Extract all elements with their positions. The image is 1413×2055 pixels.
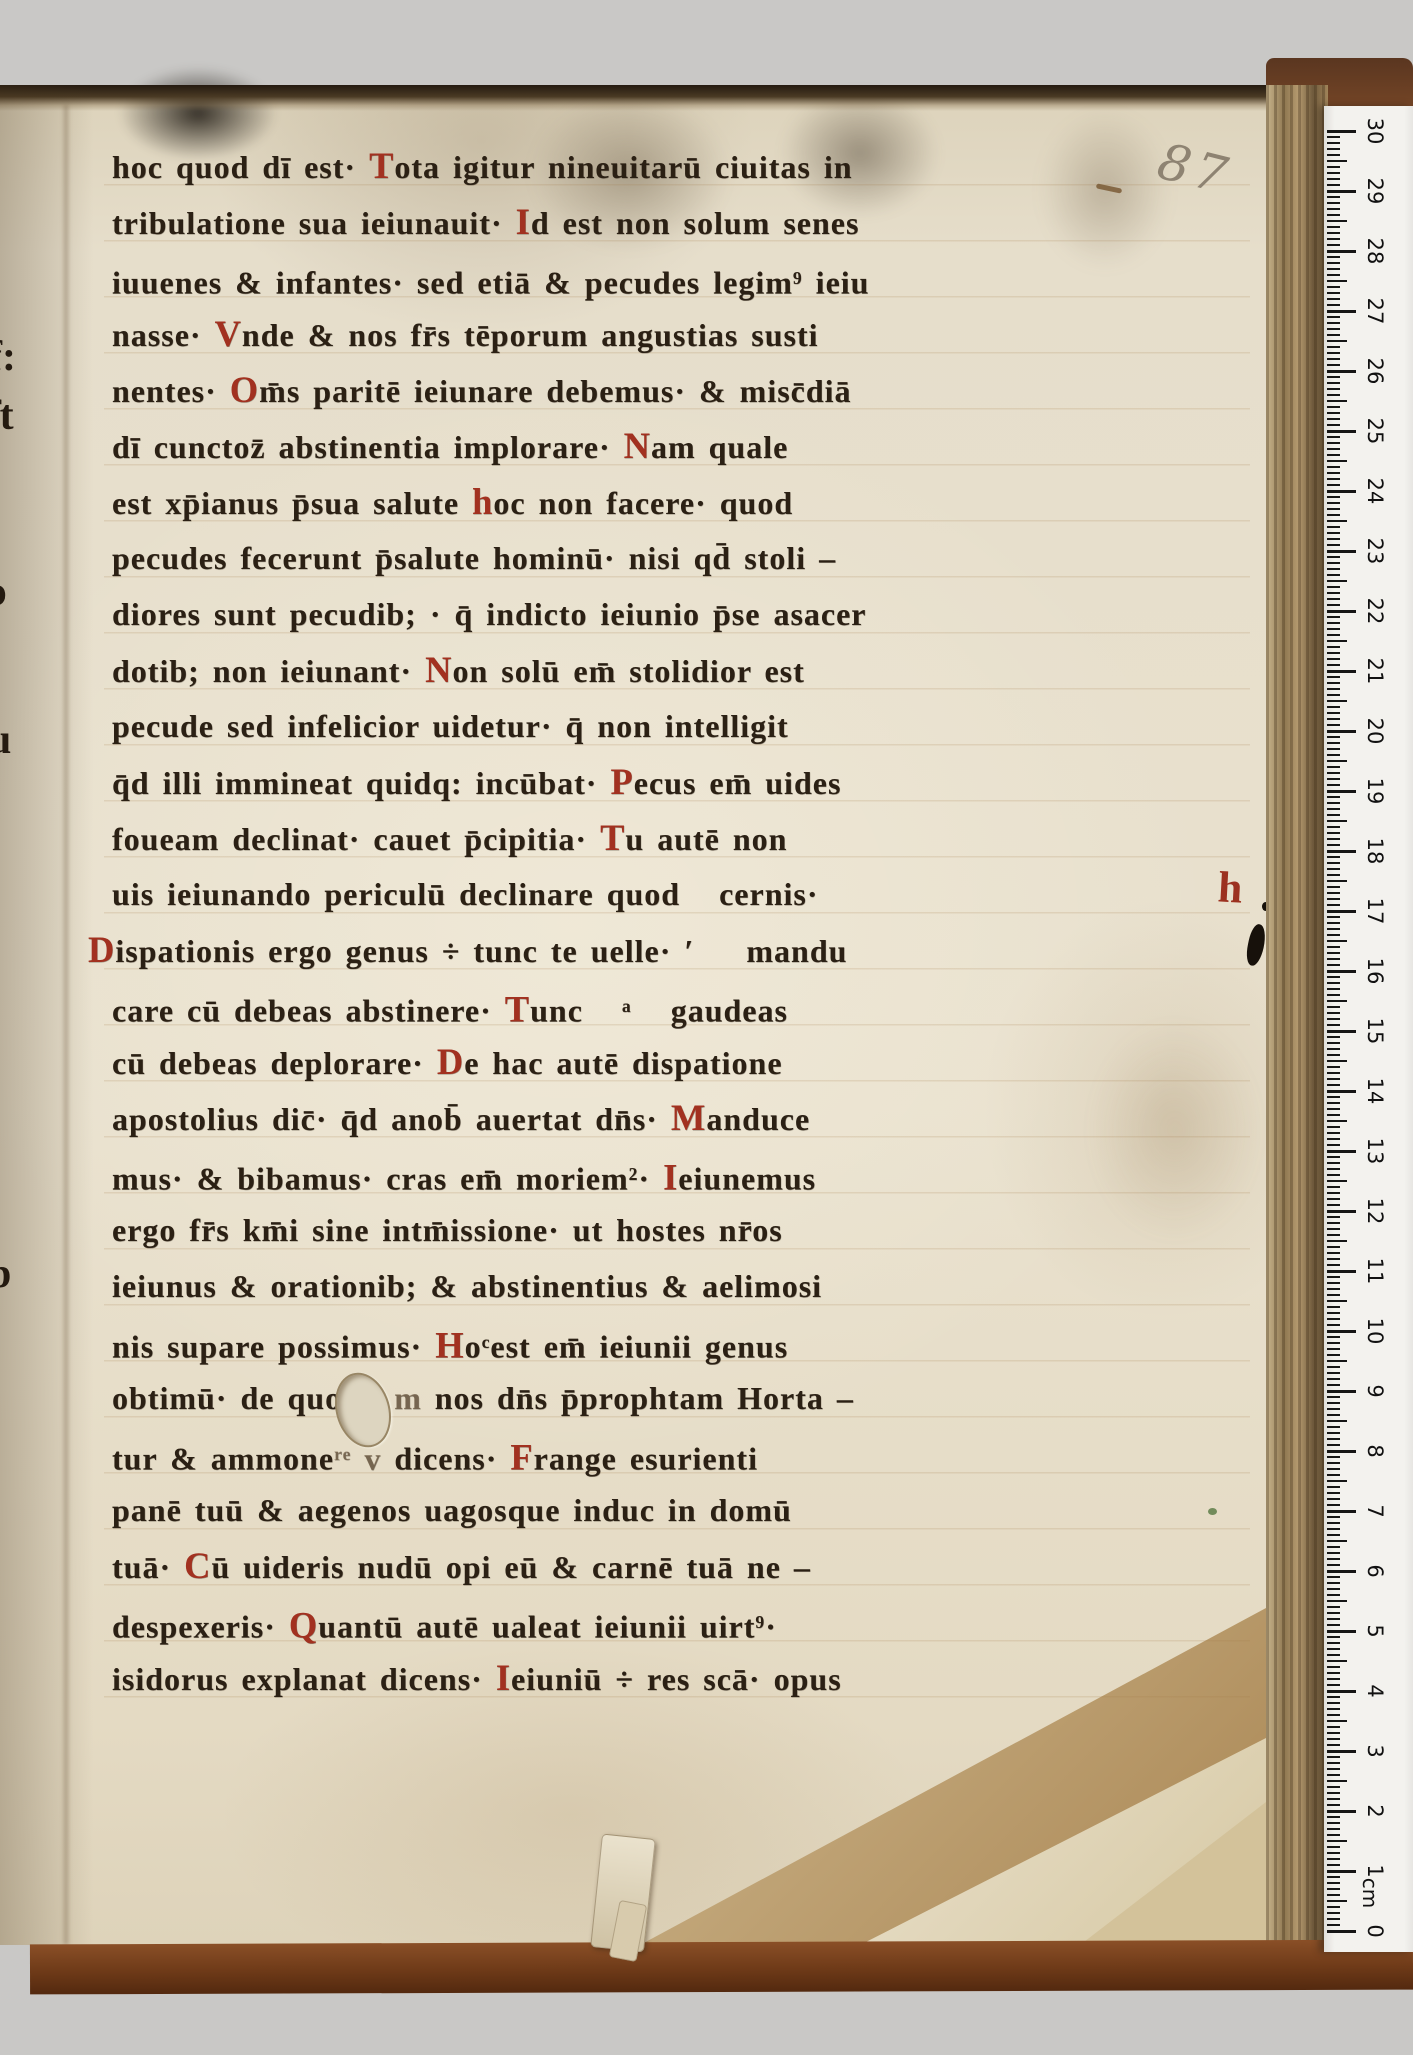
text-line: obtimū· de quo m nos dn̄s p̄prophtam Hor… bbox=[112, 1372, 1282, 1428]
text-segment: nasse· bbox=[112, 317, 215, 353]
ruler-tick bbox=[1327, 1810, 1356, 1813]
manuscript-text: hoc quod dī est· Tota igitur nineuitarū … bbox=[112, 140, 1282, 1708]
text-line: ergo fr̄s km̄i sine intm̄issione· ut hos… bbox=[112, 1204, 1282, 1260]
gutter-crease bbox=[64, 105, 68, 1945]
ruler-tick bbox=[1327, 784, 1340, 786]
text-line: tuā· Cū uideris nudū opi eū & carnē tuā … bbox=[112, 1540, 1282, 1596]
ruler-number: 29 bbox=[1364, 174, 1386, 208]
ruler-tick bbox=[1327, 808, 1340, 810]
ruler-tick bbox=[1327, 178, 1340, 180]
ruler-tick bbox=[1327, 982, 1340, 984]
ruler-tick bbox=[1327, 1882, 1340, 1884]
text-segment: u autē non bbox=[625, 821, 787, 857]
ruler-tick bbox=[1327, 1114, 1340, 1116]
ruler-tick bbox=[1327, 1042, 1340, 1044]
ruler-tick bbox=[1327, 1918, 1340, 1920]
ruler-tick bbox=[1327, 1624, 1340, 1626]
text-segment: nos dn̄s p̄prophtam Horta – bbox=[422, 1380, 854, 1416]
ruler-tick bbox=[1327, 1306, 1340, 1308]
ruler-tick bbox=[1327, 274, 1340, 276]
ruler-tick bbox=[1327, 1534, 1340, 1536]
rubric-initial: T bbox=[600, 817, 625, 858]
ruler-tick bbox=[1327, 358, 1340, 360]
ruler-tick bbox=[1327, 1006, 1340, 1008]
ruler-tick bbox=[1327, 580, 1347, 582]
ruler-tick bbox=[1327, 232, 1340, 234]
text-segment: foueam declinat· cauet p̄cipitia· bbox=[112, 821, 600, 857]
ruler-tick bbox=[1327, 772, 1340, 774]
text-segment: iuuenes & infantes· sed etiā & pecudes l… bbox=[112, 265, 793, 301]
ruler-tick bbox=[1327, 646, 1340, 648]
text-segment: apostolius dic̄· q̄d anob̄ auertat dn̄s· bbox=[112, 1101, 671, 1137]
ruler-tick bbox=[1327, 412, 1340, 414]
ruler-tick bbox=[1327, 280, 1347, 282]
ruler-tick bbox=[1327, 940, 1347, 942]
ruler-tick bbox=[1327, 1720, 1347, 1722]
ruler-number: 7 bbox=[1364, 1494, 1386, 1528]
text-segment: nis supare possimus· bbox=[112, 1329, 435, 1365]
ruler-tick bbox=[1327, 802, 1340, 804]
rubric-initial: V bbox=[215, 313, 242, 354]
text-line: despexeris· Quantū autē ualeat ieiunii u… bbox=[112, 1596, 1282, 1652]
ruler-tick bbox=[1327, 1672, 1340, 1674]
text-segment: eiunemus bbox=[678, 1161, 816, 1197]
ruler-tick bbox=[1327, 250, 1356, 253]
ruler-tick bbox=[1327, 142, 1340, 144]
ruler-tick bbox=[1327, 1474, 1340, 1476]
text-line: panē tuū & aegenos uagosque induc in dom… bbox=[112, 1484, 1282, 1540]
ruler-tick bbox=[1327, 1708, 1340, 1710]
ruler-tick bbox=[1327, 1456, 1340, 1458]
ruler-tick bbox=[1327, 1846, 1340, 1848]
text-segment: est xp̄ianus p̄sua salute bbox=[112, 485, 472, 521]
ruler-tick bbox=[1327, 964, 1340, 966]
edge-letter-fragment: ɔ bbox=[0, 568, 7, 616]
ruler-tick bbox=[1327, 670, 1356, 673]
text-segment: oc non facere· quod bbox=[493, 485, 793, 521]
ruler-tick bbox=[1327, 298, 1340, 300]
ruler-tick bbox=[1327, 400, 1347, 402]
text-line: ieiunus & orationib; & abstinentius & ae… bbox=[112, 1260, 1282, 1316]
ruler-tick bbox=[1327, 1864, 1340, 1866]
text-segment: re bbox=[334, 1444, 351, 1464]
text-segment: panē tuū & aegenos uagosque induc in dom… bbox=[112, 1492, 792, 1528]
text-segment: ota igitur nineuitarū ciuitas in bbox=[394, 149, 852, 185]
ruler-tick bbox=[1327, 520, 1347, 522]
ruler-tick bbox=[1327, 1048, 1340, 1050]
ruler-tick bbox=[1327, 898, 1340, 900]
ruler-number: 9 bbox=[1364, 1374, 1386, 1408]
ruler-tick bbox=[1327, 1762, 1340, 1764]
ruler-tick bbox=[1327, 1576, 1340, 1578]
ruler-tick bbox=[1327, 1168, 1340, 1170]
ruler-number: 16 bbox=[1364, 954, 1386, 988]
ruler-tick bbox=[1327, 664, 1340, 666]
ruler-tick bbox=[1327, 382, 1340, 384]
ruler-tick bbox=[1327, 1510, 1356, 1513]
ruler-tick bbox=[1327, 1840, 1347, 1842]
ruler-tick bbox=[1327, 880, 1347, 882]
text-line: isidorus explanat dicens· Ieiuniū ÷ res … bbox=[112, 1652, 1282, 1708]
ruler-tick bbox=[1327, 640, 1347, 642]
ruler-tick bbox=[1327, 184, 1340, 186]
text-line: tur & ammonere v dicens· Frange esurient… bbox=[112, 1428, 1282, 1484]
ruler-tick bbox=[1327, 1258, 1340, 1260]
ruler-tick bbox=[1327, 790, 1356, 793]
green-speck bbox=[1208, 1508, 1217, 1515]
ruler-tick bbox=[1327, 736, 1340, 738]
ruler-tick bbox=[1327, 1360, 1347, 1362]
ruler-tick bbox=[1327, 1444, 1340, 1446]
text-line: Dispationis ergo genus ÷ tunc te uelle· … bbox=[88, 924, 1282, 980]
ruler-tick bbox=[1327, 172, 1340, 174]
text-segment: ergo fr̄s km̄i sine intm̄issione· ut hos… bbox=[112, 1212, 783, 1248]
ruler-tick bbox=[1327, 682, 1340, 684]
ruler-tick bbox=[1327, 1096, 1340, 1098]
text-segment: am quale bbox=[651, 429, 788, 465]
ruler-tick bbox=[1327, 712, 1340, 714]
ruler-tick bbox=[1327, 448, 1340, 450]
ruler-tick bbox=[1327, 1216, 1340, 1218]
ruler-tick bbox=[1327, 1618, 1340, 1620]
ruler-tick bbox=[1327, 1030, 1356, 1033]
text-segment: est em̄ ieiunii genus bbox=[490, 1329, 788, 1365]
ruler-tick bbox=[1327, 562, 1340, 564]
ruler-tick bbox=[1327, 1426, 1340, 1428]
ruler-tick bbox=[1327, 544, 1340, 546]
ruler-tick bbox=[1327, 196, 1340, 198]
ruler-tick bbox=[1327, 1054, 1340, 1056]
edge-letter-fragment: u bbox=[0, 716, 11, 764]
ruler-number: 25 bbox=[1364, 414, 1386, 448]
ruler-number: 12 bbox=[1364, 1194, 1386, 1228]
ruler-tick bbox=[1327, 1690, 1356, 1693]
ruler-tick bbox=[1327, 652, 1340, 654]
ruler-number: 8 bbox=[1364, 1434, 1386, 1468]
ruler-tick bbox=[1327, 1906, 1340, 1908]
text-segment: 9 bbox=[793, 268, 803, 288]
ruler-tick bbox=[1327, 1750, 1356, 1753]
ruler-tick bbox=[1327, 1150, 1356, 1153]
ruler-tick bbox=[1327, 928, 1340, 930]
text-segment: mus· & bibamus· cras em̄ moriem bbox=[112, 1161, 629, 1197]
edge-letter-fragment: ſt bbox=[0, 392, 14, 440]
ruler-tick bbox=[1327, 508, 1340, 510]
ruler-tick bbox=[1327, 472, 1340, 474]
text-segment: on solū em̄ stolidior est bbox=[452, 653, 804, 689]
text-line: cū debeas deplorare· De hac autē dispati… bbox=[112, 1036, 1282, 1092]
ruler-tick bbox=[1327, 370, 1356, 373]
ruler-tick bbox=[1327, 1120, 1347, 1122]
text-segment: gaudeas bbox=[632, 993, 788, 1029]
ruler-tick bbox=[1327, 1468, 1340, 1470]
ruler-tick bbox=[1327, 1180, 1347, 1182]
rubric-initial: P bbox=[610, 761, 633, 802]
ruler-tick bbox=[1327, 190, 1356, 193]
ruler-tick bbox=[1327, 346, 1340, 348]
ruler-number: 13 bbox=[1364, 1134, 1386, 1168]
ruler-tick bbox=[1327, 1702, 1340, 1704]
ruler-tick bbox=[1327, 310, 1356, 313]
edge-letter-fragment: b bbox=[0, 1250, 11, 1298]
text-segment: d est non solum senes bbox=[531, 205, 860, 241]
ruler-tick bbox=[1327, 1636, 1340, 1638]
ruler-tick bbox=[1327, 1078, 1340, 1080]
ruler-tick bbox=[1327, 700, 1347, 702]
ruler-tick bbox=[1327, 862, 1340, 864]
ruler-tick bbox=[1327, 406, 1340, 408]
ruler-tick bbox=[1327, 1390, 1356, 1393]
text-segment: eiuniū ÷ res scā· opus bbox=[511, 1661, 842, 1697]
ruler-tick bbox=[1327, 322, 1340, 324]
ruler-tick bbox=[1327, 688, 1340, 690]
ruler-tick bbox=[1327, 1792, 1340, 1794]
ruler-tick bbox=[1327, 1786, 1340, 1788]
ruler-tick bbox=[1327, 958, 1340, 960]
ruler-tick bbox=[1327, 1402, 1340, 1404]
ruler-tick bbox=[1327, 856, 1340, 858]
ruler-tick bbox=[1327, 304, 1340, 306]
ruler-tick bbox=[1327, 1492, 1340, 1494]
ruler-tick bbox=[1327, 1036, 1340, 1038]
ruler-tick bbox=[1327, 1138, 1340, 1140]
ruler-tick bbox=[1327, 1564, 1340, 1566]
ruler-tick bbox=[1327, 1174, 1340, 1176]
ruler-tick bbox=[1327, 868, 1340, 870]
ruler-tick bbox=[1327, 154, 1340, 156]
ruler-tick bbox=[1327, 1300, 1347, 1302]
ruler-tick bbox=[1327, 796, 1340, 798]
ruler-tick bbox=[1327, 1414, 1340, 1416]
rubric-initial: I bbox=[496, 1657, 511, 1698]
ruler-tick bbox=[1327, 574, 1340, 576]
text-segment: m bbox=[394, 1380, 422, 1416]
ruler-tick bbox=[1327, 1318, 1340, 1320]
rubric-initial: T bbox=[369, 145, 394, 186]
ruler-tick bbox=[1327, 1462, 1340, 1464]
ruler-tick bbox=[1327, 1144, 1340, 1146]
rubric-initial: N bbox=[425, 649, 452, 690]
ruler-tick bbox=[1327, 418, 1340, 420]
ruler-tick bbox=[1327, 136, 1340, 138]
ruler-tick bbox=[1327, 352, 1340, 354]
ruler-tick bbox=[1327, 532, 1340, 534]
ruler-tick bbox=[1327, 1264, 1340, 1266]
ruler-tick bbox=[1327, 1186, 1340, 1188]
ruler-number: 11 bbox=[1364, 1254, 1386, 1288]
ruler-tick bbox=[1327, 766, 1340, 768]
ruler-tick bbox=[1327, 952, 1340, 954]
ruler-tick bbox=[1327, 1600, 1347, 1602]
ruler-tick bbox=[1327, 1522, 1340, 1524]
ruler-tick bbox=[1327, 490, 1356, 493]
ruler-tick bbox=[1327, 1888, 1340, 1890]
ruler-tick bbox=[1327, 754, 1340, 756]
ruler-tick bbox=[1327, 1570, 1356, 1573]
ruler-tick bbox=[1327, 1372, 1340, 1374]
ruler-tick bbox=[1327, 334, 1340, 336]
ruler-tick bbox=[1327, 1900, 1347, 1902]
ruler-tick bbox=[1327, 436, 1340, 438]
ruler-tick bbox=[1327, 1858, 1340, 1860]
text-segment: despexeris· bbox=[112, 1609, 289, 1645]
ruler-tick bbox=[1327, 874, 1340, 876]
ruler-tick bbox=[1327, 1234, 1340, 1236]
ruler-tick bbox=[1327, 604, 1340, 606]
ruler-tick bbox=[1327, 1222, 1340, 1224]
ruler-tick bbox=[1327, 1744, 1340, 1746]
rubric-initial: C bbox=[184, 1545, 211, 1586]
ruler-tick bbox=[1327, 1912, 1340, 1914]
ruler-tick bbox=[1327, 460, 1347, 462]
ruler-number: 4 bbox=[1364, 1674, 1386, 1708]
ruler-tick bbox=[1327, 1408, 1340, 1410]
ruler-number: 24 bbox=[1364, 474, 1386, 508]
ruler-tick bbox=[1327, 748, 1340, 750]
text-segment: 2 bbox=[629, 1164, 639, 1184]
ruler-tick bbox=[1327, 1486, 1340, 1488]
ruler-tick bbox=[1327, 658, 1340, 660]
ruler-number: 19 bbox=[1364, 774, 1386, 808]
ruler-tick bbox=[1327, 1780, 1347, 1782]
ruler-tick bbox=[1327, 478, 1340, 480]
ruler-tick bbox=[1327, 1072, 1340, 1074]
ruler-number: 0 bbox=[1364, 1914, 1386, 1948]
ruler-tick bbox=[1327, 1294, 1340, 1296]
ruler-tick bbox=[1327, 364, 1340, 366]
ruler-tick bbox=[1327, 922, 1340, 924]
text-segment: uis ieiunando periculū declinare quod ce… bbox=[112, 876, 819, 912]
manuscript-photo: hoc quod dī est· Tota igitur nineuitarū … bbox=[0, 0, 1413, 2055]
ruler-tick bbox=[1327, 1192, 1340, 1194]
ruler-tick bbox=[1327, 1804, 1340, 1806]
ruler-tick bbox=[1327, 1282, 1340, 1284]
rubric-initial: Q bbox=[289, 1605, 318, 1646]
ruler-tick bbox=[1327, 1516, 1340, 1518]
text-segment: unc bbox=[530, 993, 622, 1029]
ruler-tick bbox=[1327, 1252, 1340, 1254]
ruler-tick bbox=[1327, 1162, 1340, 1164]
ruler-tick bbox=[1327, 760, 1347, 762]
ruler-tick bbox=[1327, 1594, 1340, 1596]
ruler-tick bbox=[1327, 1714, 1340, 1716]
text-segment: · bbox=[765, 1609, 777, 1645]
text-line: pecude sed infelicior uidetur· q̄ non in… bbox=[112, 700, 1282, 756]
ruler-tick bbox=[1327, 1732, 1340, 1734]
ruler-tick bbox=[1327, 1288, 1340, 1290]
ruler-tick bbox=[1327, 286, 1340, 288]
ruler-number: 18 bbox=[1364, 834, 1386, 868]
ruler-number: 14 bbox=[1364, 1074, 1386, 1108]
text-segment: cū debeas deplorare· bbox=[112, 1045, 437, 1081]
text-line: dī cunctoz̄ abstinentia implorare· Nam q… bbox=[112, 420, 1282, 476]
ruler-tick bbox=[1327, 1012, 1340, 1014]
ruler-tick bbox=[1327, 616, 1340, 618]
text-segment: ieiunus & orationib; & abstinentius & ae… bbox=[112, 1268, 822, 1304]
ruler-number: 2 bbox=[1364, 1794, 1386, 1828]
ruler-tick bbox=[1327, 1420, 1347, 1422]
rubric-initial: I bbox=[516, 201, 531, 242]
ruler-tick bbox=[1327, 466, 1340, 468]
rubric-initial: M bbox=[671, 1097, 706, 1138]
text-segment: dotib; non ieiunant· bbox=[112, 653, 425, 689]
ruler-tick bbox=[1327, 1240, 1347, 1242]
ruler-tick bbox=[1327, 1828, 1340, 1830]
ruler-tick bbox=[1327, 628, 1340, 630]
ruler-tick bbox=[1327, 832, 1340, 834]
ruler-tick bbox=[1327, 1438, 1340, 1440]
text-line: diores sunt pecudib; · q̄ indicto ieiuni… bbox=[112, 588, 1282, 644]
ruler-tick bbox=[1327, 1582, 1340, 1584]
ruler-tick bbox=[1327, 622, 1340, 624]
text-segment: tur & ammone bbox=[112, 1441, 334, 1477]
ruler-tick bbox=[1327, 496, 1340, 498]
text-line: nasse· Vnde & nos fr̄s tēporum angustias… bbox=[112, 308, 1282, 364]
ruler-tick bbox=[1327, 1540, 1347, 1542]
ruler-tick bbox=[1327, 598, 1340, 600]
text-segment: dicens· bbox=[381, 1441, 510, 1477]
ruler-tick bbox=[1327, 226, 1340, 228]
text-line: q̄d illi immineat quidq: incūbat· Pecus … bbox=[112, 756, 1282, 812]
ruler-tick bbox=[1327, 1156, 1340, 1158]
page-top-edge bbox=[0, 85, 1328, 111]
ruler-tick bbox=[1327, 1834, 1340, 1836]
ruler-number: 21 bbox=[1364, 654, 1386, 688]
ruler-tick bbox=[1327, 970, 1356, 973]
ruler-tick bbox=[1327, 1660, 1347, 1662]
ruler-tick bbox=[1327, 1312, 1340, 1314]
text-segment: a bbox=[622, 996, 632, 1016]
ruler-tick bbox=[1327, 1432, 1340, 1434]
text-segment: isidorus explanat dicens· bbox=[112, 1661, 496, 1697]
text-segment: dī cunctoz̄ abstinentia implorare· bbox=[112, 429, 624, 465]
ruler-tick bbox=[1327, 568, 1340, 570]
ruler-tick bbox=[1327, 244, 1340, 246]
ruler-tick bbox=[1327, 1558, 1340, 1560]
ruler-tick bbox=[1327, 694, 1340, 696]
ruler-number: 30 bbox=[1364, 114, 1386, 148]
ruler-tick bbox=[1327, 1270, 1356, 1273]
ruler-tick bbox=[1327, 1324, 1340, 1326]
ruler-tick bbox=[1327, 220, 1347, 222]
ruler-tick bbox=[1327, 1756, 1340, 1758]
ruler-tick bbox=[1327, 550, 1356, 553]
text-segment: diores sunt pecudib; · q̄ indicto ieiuni… bbox=[112, 596, 867, 632]
rubric-initial: h bbox=[472, 481, 493, 522]
ruler-tick bbox=[1327, 148, 1340, 150]
facing-page-fragments: f:ſtɔuıb bbox=[0, 85, 30, 1945]
ruler-number: 22 bbox=[1364, 594, 1386, 628]
text-segment: ecus em̄ uides bbox=[634, 765, 842, 801]
ruler-tick bbox=[1327, 1924, 1340, 1926]
ruler-tick bbox=[1327, 706, 1340, 708]
text-segment: 9 bbox=[755, 1612, 765, 1632]
rubric-initial: N bbox=[624, 425, 651, 466]
book-fore-edge bbox=[1266, 85, 1328, 1945]
ruler-tick bbox=[1327, 730, 1356, 733]
text-segment: tuā· bbox=[112, 1549, 184, 1585]
text-segment: e hac autē dispatione bbox=[464, 1045, 782, 1081]
ruler-tick bbox=[1327, 1132, 1340, 1134]
ruler-tick bbox=[1327, 1666, 1340, 1668]
rubric-initial: H bbox=[435, 1325, 464, 1366]
ruler-tick bbox=[1327, 1108, 1340, 1110]
ruler-tick bbox=[1327, 1870, 1356, 1873]
ruler-tick bbox=[1327, 424, 1340, 426]
text-segment: o bbox=[465, 1329, 482, 1365]
ruler-tick bbox=[1327, 1774, 1340, 1776]
ruler-tick bbox=[1327, 826, 1340, 828]
